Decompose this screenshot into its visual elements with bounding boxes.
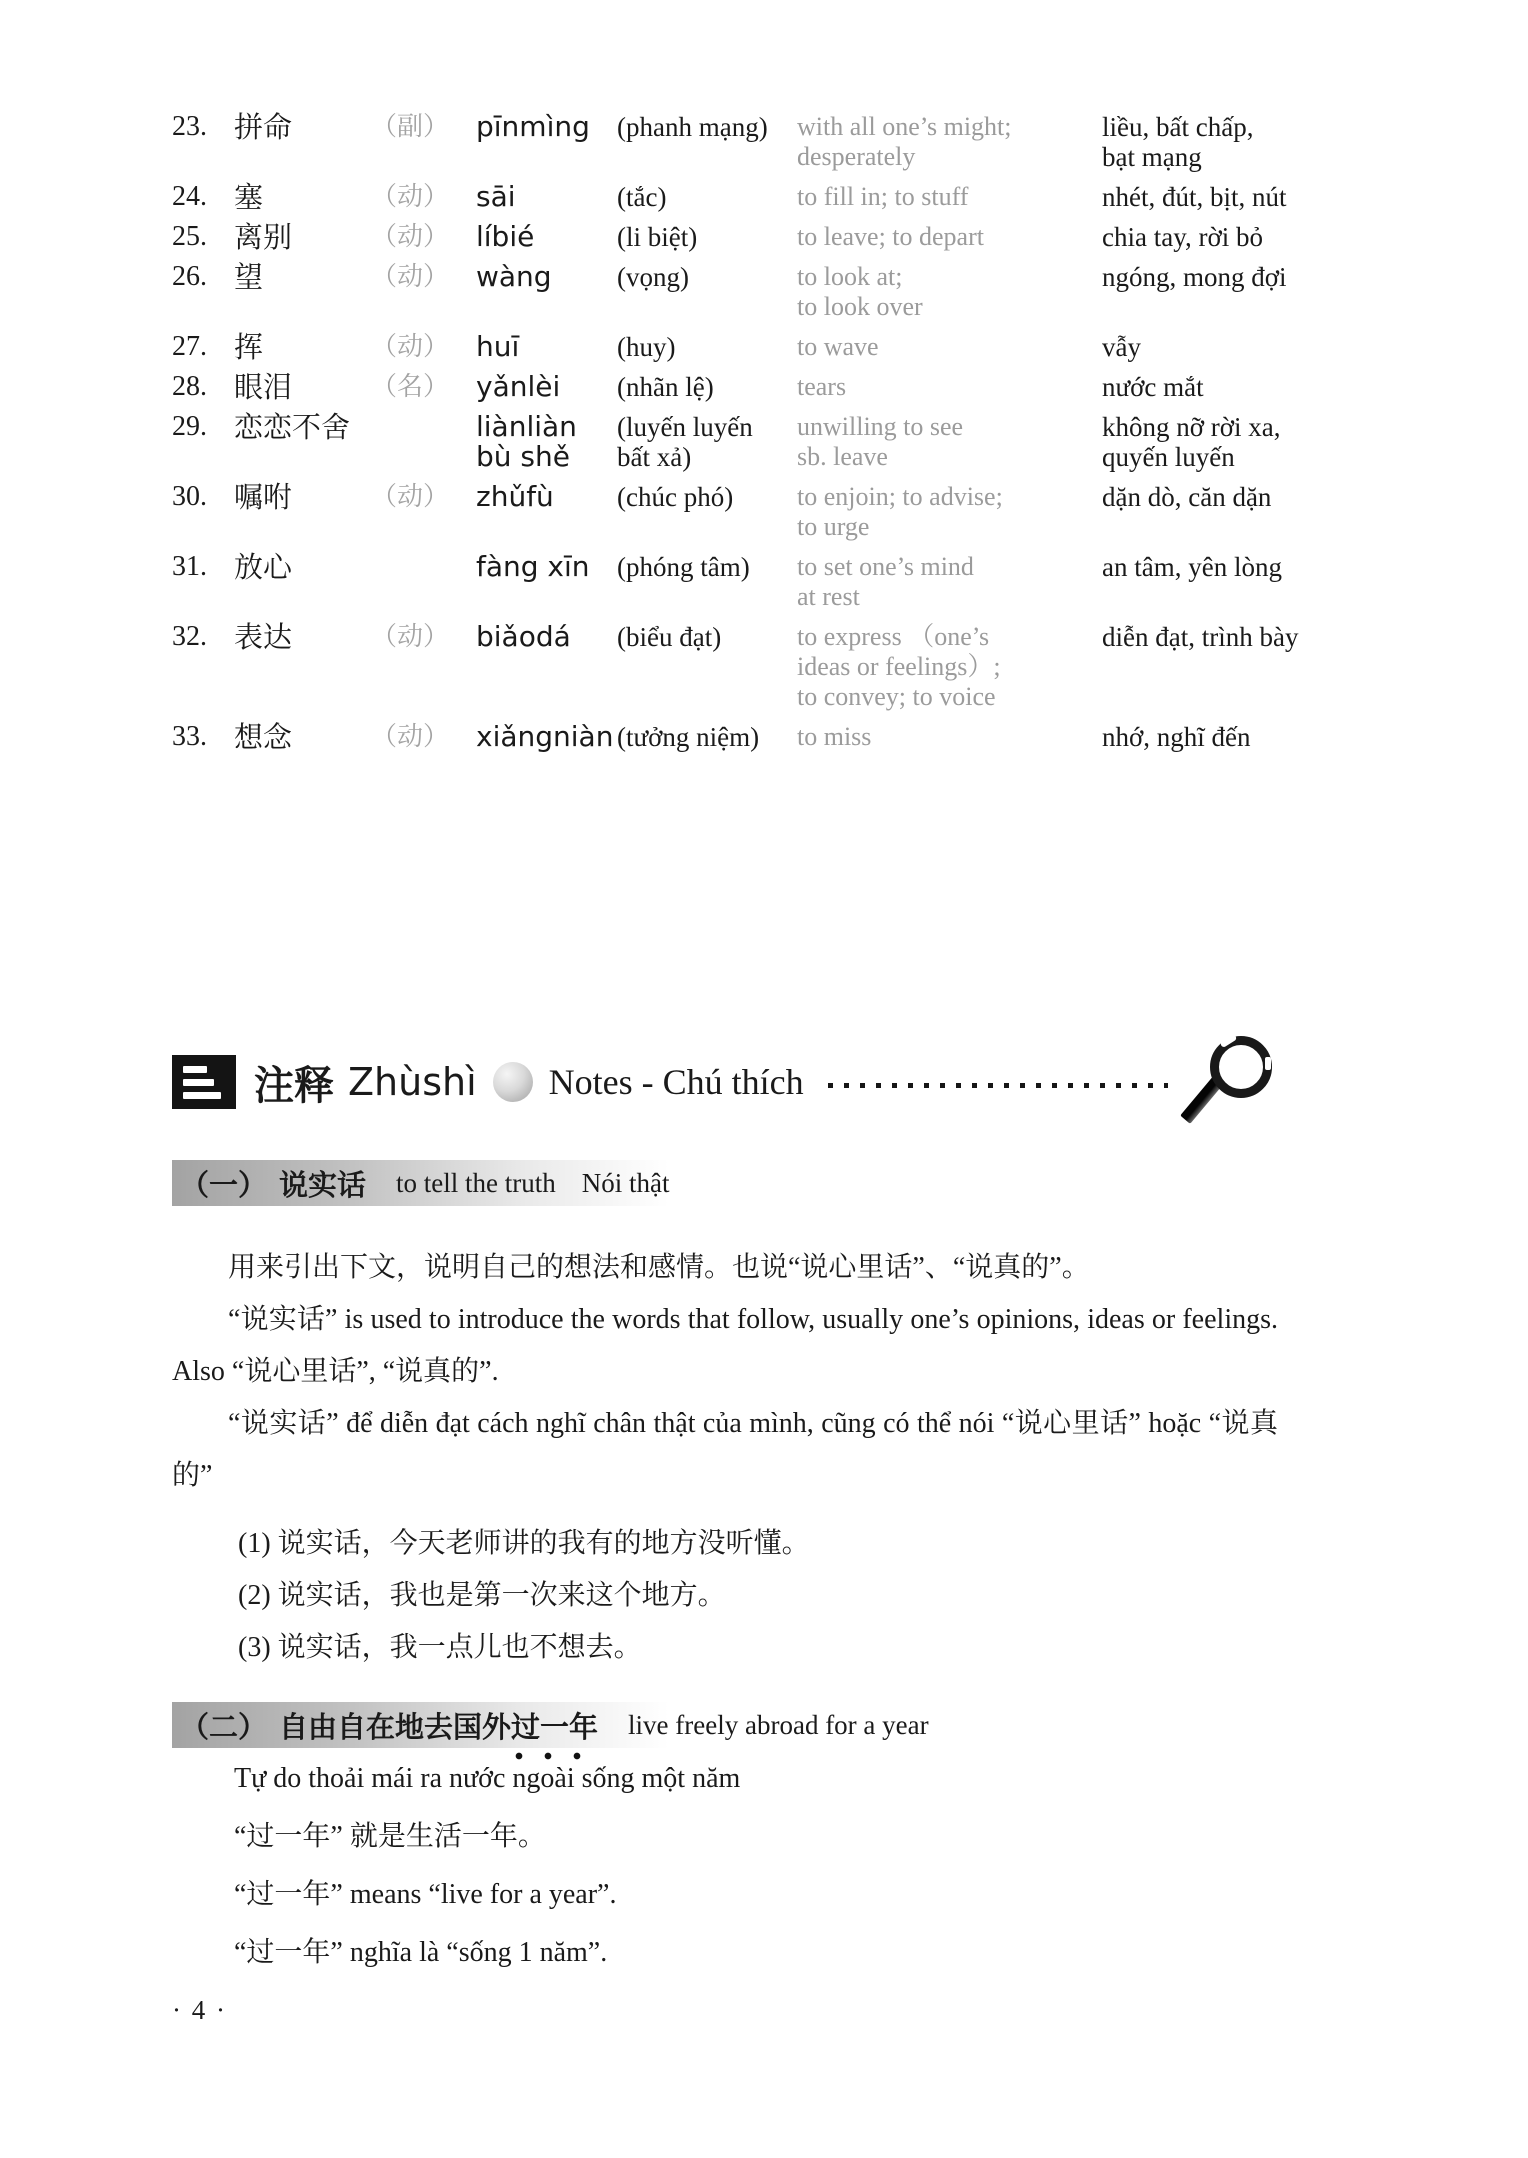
note1-examples: (1) 说实话，今天老师讲的我有的地方没听懂。(2) 说实话，我也是第一次来这个… xyxy=(172,1518,1278,1674)
vocab-num: 27. xyxy=(172,332,234,362)
vocab-line: (tưởng niệm) xyxy=(617,722,797,752)
vocab-pos xyxy=(371,552,476,582)
vocab-pinyin: huī xyxy=(476,332,617,362)
vocab-hanzi: 嘱咐 xyxy=(234,482,371,512)
vocab-line: 31. xyxy=(172,552,234,582)
vocab-row: 25.离别（动）líbié(li biệt)to leave; to depar… xyxy=(172,222,1278,252)
vocab-line: (luyến luyến xyxy=(617,412,797,442)
vocab-pos: （动） xyxy=(371,722,476,752)
vocab-num: 32. xyxy=(172,622,234,652)
vocab-pos xyxy=(371,412,476,442)
notes-title-en-viet: Notes - Chú thích xyxy=(549,1061,804,1103)
vocab-line: （动） xyxy=(371,622,476,652)
vocab-num: 25. xyxy=(172,222,234,252)
note1-header-bar: （一） 说实话 to tell the truth Nói thật xyxy=(172,1160,737,1206)
vocab-viet: nhét, đút, bịt, nút xyxy=(1102,182,1287,212)
vocab-hanzi: 想念 xyxy=(234,722,371,752)
vocab-pos: （动） xyxy=(371,332,476,362)
vocab-viet: vẫy xyxy=(1102,332,1278,362)
vocab-viet: chia tay, rời bỏ xyxy=(1102,222,1278,252)
notes-title-pinyin: Zhùshì xyxy=(348,1060,477,1104)
note1-title-en: to tell the truth xyxy=(396,1168,556,1199)
note2-line: “过一年” nghĩa là “sống 1 năm”. xyxy=(234,1936,1278,1970)
vocab-row: 29.恋恋不舍liànliànbù shě(luyến luyếnbất xả)… xyxy=(172,412,1278,472)
vocab-hanzi: 望 xyxy=(234,262,371,292)
vocab-num: 26. xyxy=(172,262,234,292)
vocab-line: 恋恋不舍 xyxy=(234,412,371,442)
vocab-viet: liều, bất chấp,bạt mạng xyxy=(1102,112,1278,172)
vocab-num: 30. xyxy=(172,482,234,512)
page-content: 23.拼命（副）pīnmìng(phanh mạng)with all one’… xyxy=(172,112,1278,1970)
vocab-pinyin: biǎodá xyxy=(476,622,617,652)
vocab-hanzi: 眼泪 xyxy=(234,372,371,402)
vocab-line: to convey; to voice xyxy=(797,682,1102,712)
vocab-line: dặn dò, căn dặn xyxy=(1102,482,1278,512)
vocab-num: 33. xyxy=(172,722,234,752)
vocab-viet-reading: (biểu đạt) xyxy=(617,622,797,652)
vocab-pinyin: yǎnlèi xyxy=(476,372,617,402)
vocab-pos: （副） xyxy=(371,112,476,142)
note1-title-viet: Nói thật xyxy=(582,1168,670,1199)
vocab-pinyin: wàng xyxy=(476,262,617,292)
vocab-line: 想念 xyxy=(234,722,371,752)
vocab-row: 24.塞（动）sāi(tắc)to fill in; to stuffnhét,… xyxy=(172,182,1278,212)
vocab-line: to set one’s mind xyxy=(797,552,1102,582)
vocab-viet: dặn dò, căn dặn xyxy=(1102,482,1278,512)
vocab-hanzi: 挥 xyxy=(234,332,371,362)
vocab-line: bất xả) xyxy=(617,442,797,472)
vocab-english: to wave xyxy=(797,332,1102,362)
vocab-line: to look at; xyxy=(797,262,1102,292)
vocab-line: 28. xyxy=(172,372,234,402)
vocab-line: yǎnlèi xyxy=(476,372,617,402)
vocab-line: (vọng) xyxy=(617,262,797,292)
dotted-leader xyxy=(828,1083,1168,1088)
vocab-line: 23. xyxy=(172,112,234,142)
example-sentence: (1) 说实话，今天老师讲的我有的地方没听懂。 xyxy=(238,1518,1278,1570)
vocab-line: (chúc phó) xyxy=(617,482,797,512)
vocab-line: 放心 xyxy=(234,552,371,582)
vocab-line: to fill in; to stuff xyxy=(797,182,1102,212)
vocab-line: 24. xyxy=(172,182,234,212)
vocab-line: sāi xyxy=(476,182,617,212)
vocab-line: at rest xyxy=(797,582,1102,612)
vocab-row: 31.放心fàng xīn(phóng tâm)to set one’s min… xyxy=(172,552,1278,612)
vocab-pos: （动） xyxy=(371,182,476,212)
vocab-line: 26. xyxy=(172,262,234,292)
vocab-viet-reading: (li biệt) xyxy=(617,222,797,252)
vocab-line: (li biệt) xyxy=(617,222,797,252)
vocab-line: to look over xyxy=(797,292,1102,322)
note2-title-zh: 自由自在地去国外过一年 xyxy=(279,1705,598,1746)
vocab-line: to urge xyxy=(797,512,1102,542)
vocab-pinyin: fàng xīn xyxy=(476,552,617,582)
vocab-viet: nước mắt xyxy=(1102,372,1278,402)
vocab-row: 30.嘱咐（动）zhǔfù(chúc phó)to enjoin; to adv… xyxy=(172,482,1278,542)
vocab-hanzi: 离别 xyxy=(234,222,371,252)
vocab-line: to leave; to depart xyxy=(797,222,1102,252)
vocab-line: （动） xyxy=(371,482,476,512)
textbook-page: 23.拼命（副）pīnmìng(phanh mạng)with all one’… xyxy=(0,0,1528,2158)
vocab-line: quyến luyến xyxy=(1102,442,1281,472)
vocab-line: nước mắt xyxy=(1102,372,1278,402)
vocab-row: 27.挥（动）huī(huy)to wavevẫy xyxy=(172,332,1278,362)
vocab-viet-reading: (vọng) xyxy=(617,262,797,292)
vocab-hanzi: 拼命 xyxy=(234,112,371,142)
vocab-hanzi: 表达 xyxy=(234,622,371,652)
notes-title-zh: 注释 xyxy=(254,1054,334,1111)
vocab-english: with all one’s might;desperately xyxy=(797,112,1102,172)
vocab-line: (nhãn lệ) xyxy=(617,372,797,402)
vocab-line: 25. xyxy=(172,222,234,252)
note2-line: “过一年” 就是生活一年。 xyxy=(234,1820,1278,1854)
note1-title-zh: 说实话 xyxy=(279,1163,366,1204)
vocab-english: to leave; to depart xyxy=(797,222,1102,252)
vocab-line: （名） xyxy=(371,372,476,402)
vocab-line: nhét, đút, bịt, nút xyxy=(1102,182,1287,212)
vocab-line: 挥 xyxy=(234,332,371,362)
vocab-pinyin: sāi xyxy=(476,182,617,212)
vocab-viet: nhớ, nghĩ đến xyxy=(1102,722,1278,752)
section-box-stroke xyxy=(183,1092,221,1099)
vocab-line: to wave xyxy=(797,332,1102,362)
vocab-english: to set one’s mindat rest xyxy=(797,552,1102,612)
vocab-pos: （动） xyxy=(371,262,476,292)
note1-paragraph: 用来引出下文，说明自己的想法和感情。也说“说心里话”、“说真的”。 xyxy=(172,1242,1278,1294)
vocab-line: pīnmìng xyxy=(476,112,617,142)
vocab-pinyin: pīnmìng xyxy=(476,112,617,142)
bullet-icon xyxy=(493,1062,533,1102)
vocab-english: unwilling to seesb. leave xyxy=(797,412,1102,472)
vocab-line: biǎodá xyxy=(476,622,617,652)
note2-number: （二） xyxy=(180,1705,267,1746)
vocab-line: （动） xyxy=(371,722,476,752)
vocab-line: (tắc) xyxy=(617,182,797,212)
vocab-line: 塞 xyxy=(234,182,371,212)
note2-lines: Tự do thoải mái ra nước ngoài sống một n… xyxy=(172,1762,1278,1970)
vocab-line: wàng xyxy=(476,262,617,292)
vocab-line: to enjoin; to advise; xyxy=(797,482,1102,512)
vocab-viet-reading: (luyến luyếnbất xả) xyxy=(617,412,797,472)
vocab-viet-reading: (phóng tâm) xyxy=(617,552,797,582)
section-box-stroke xyxy=(183,1066,207,1073)
vocab-line: (phanh mạng) xyxy=(617,112,797,142)
vocab-viet-reading: (tắc) xyxy=(617,182,797,212)
vocab-english: to enjoin; to advise;to urge xyxy=(797,482,1102,542)
vocab-pinyin: liànliànbù shě xyxy=(476,412,617,472)
vocab-english: to express （one’sideas or feelings）;to c… xyxy=(797,622,1102,712)
note2-line: “过一年” means “live for a year”. xyxy=(234,1878,1278,1912)
magnifier-ring xyxy=(1210,1036,1272,1098)
vocab-line: 离别 xyxy=(234,222,371,252)
vocab-num: 28. xyxy=(172,372,234,402)
vocab-line: 30. xyxy=(172,482,234,512)
vocab-viet: ngóng, mong đợi xyxy=(1102,262,1287,292)
vocab-line: with all one’s might; xyxy=(797,112,1102,142)
vocab-num: 29. xyxy=(172,412,234,442)
vocab-english: to fill in; to stuff xyxy=(797,182,1102,212)
vocab-line: 32. xyxy=(172,622,234,652)
vocab-line: liànliàn xyxy=(476,412,617,442)
vocab-line: 眼泪 xyxy=(234,372,371,402)
example-sentence: (2) 说实话，我也是第一次来这个地方。 xyxy=(238,1570,1278,1622)
vocab-viet: diễn đạt, trình bày xyxy=(1102,622,1298,652)
note1-number: （一） xyxy=(180,1163,267,1204)
vocab-line: 望 xyxy=(234,262,371,292)
note1-paragraph: “说实话” is used to introduce the words tha… xyxy=(172,1294,1278,1398)
vocab-line: tears xyxy=(797,372,1102,402)
note2-header-bar: （二） 自由自在地去国外过一年 live freely abroad for a… xyxy=(172,1702,737,1748)
vocab-viet-reading: (chúc phó) xyxy=(617,482,797,512)
vocab-viet-reading: (phanh mạng) xyxy=(617,112,797,142)
vocab-line: sb. leave xyxy=(797,442,1102,472)
vocab-english: tears xyxy=(797,372,1102,402)
vocab-line: chia tay, rời bỏ xyxy=(1102,222,1278,252)
vocab-hanzi: 塞 xyxy=(234,182,371,212)
vocab-line: 29. xyxy=(172,412,234,442)
vocab-pos: （名） xyxy=(371,372,476,402)
vocab-num: 24. xyxy=(172,182,234,212)
vocab-line: liều, bất chấp, xyxy=(1102,112,1278,142)
vocab-line: diễn đạt, trình bày xyxy=(1102,622,1298,652)
note1-paragraph: “说实话” để diễn đạt cách nghĩ chân thật củ… xyxy=(172,1398,1278,1502)
vocab-line: (huy) xyxy=(617,332,797,362)
vocab-line: không nỡ rời xa, xyxy=(1102,412,1281,442)
vocab-line: （动） xyxy=(371,262,476,292)
vocab-pos: （动） xyxy=(371,222,476,252)
vocab-line: （动） xyxy=(371,332,476,362)
notes-section-header: 三 注释 Zhùshì Notes - Chú thích xyxy=(172,1032,1278,1132)
vocab-line: huī xyxy=(476,332,617,362)
vocab-line: （动） xyxy=(371,182,476,212)
example-sentence: (3) 说实话，我一点儿也不想去。 xyxy=(238,1622,1278,1674)
section-box-stroke xyxy=(183,1079,214,1086)
vocab-line: ngóng, mong đợi xyxy=(1102,262,1287,292)
vocab-viet: an tâm, yên lòng xyxy=(1102,552,1282,582)
vocab-line: 表达 xyxy=(234,622,371,652)
note2-title-zh-main: 自由自在地去国外 xyxy=(279,1710,511,1744)
vocab-row: 26.望（动）wàng(vọng)to look at;to look over… xyxy=(172,262,1278,322)
vocab-row: 28.眼泪（名）yǎnlèi(nhãn lệ)tearsnước mắt xyxy=(172,372,1278,402)
vocab-line: 嘱咐 xyxy=(234,482,371,512)
vocab-num: 23. xyxy=(172,112,234,142)
vocab-line: nhớ, nghĩ đến xyxy=(1102,722,1278,752)
vocab-pos: （动） xyxy=(371,622,476,652)
vocab-english: to miss xyxy=(797,722,1102,752)
vocab-line: zhǔfù xyxy=(476,482,617,512)
note2-line: Tự do thoải mái ra nước ngoài sống một n… xyxy=(234,1762,1278,1796)
vocab-line: bù shě xyxy=(476,442,617,472)
vocab-english: to look at;to look over xyxy=(797,262,1102,322)
vocab-line: unwilling to see xyxy=(797,412,1102,442)
vocab-line: bạt mạng xyxy=(1102,142,1278,172)
vocab-hanzi: 恋恋不舍 xyxy=(234,412,371,442)
vocab-viet-reading: (nhãn lệ) xyxy=(617,372,797,402)
vocab-line: líbié xyxy=(476,222,617,252)
vocab-table: 23.拼命（副）pīnmìng(phanh mạng)with all one’… xyxy=(172,112,1278,752)
vocab-line: fàng xīn xyxy=(476,552,617,582)
vocab-line: to miss xyxy=(797,722,1102,752)
vocab-line: （动） xyxy=(371,222,476,252)
magnifier-icon xyxy=(1188,1032,1278,1132)
vocab-viet-reading: (huy) xyxy=(617,332,797,362)
vocab-line: desperately xyxy=(797,142,1102,172)
vocab-line: 27. xyxy=(172,332,234,362)
vocab-viet-reading: (tưởng niệm) xyxy=(617,722,797,752)
note2-title-zh-emphasized: 过一年 xyxy=(511,1710,598,1744)
note2-title-en: live freely abroad for a year xyxy=(628,1710,929,1741)
vocab-hanzi: 放心 xyxy=(234,552,371,582)
vocab-line: an tâm, yên lòng xyxy=(1102,552,1282,582)
page-number: · 4 · xyxy=(172,1995,227,2026)
vocab-line: （副） xyxy=(371,112,476,142)
vocab-num: 31. xyxy=(172,552,234,582)
vocab-line: vẫy xyxy=(1102,332,1278,362)
vocab-line: (phóng tâm) xyxy=(617,552,797,582)
vocab-line: to express （one’s xyxy=(797,622,1102,652)
vocab-line: xiǎngniàn xyxy=(476,722,617,752)
vocab-viet: không nỡ rời xa,quyến luyến xyxy=(1102,412,1281,472)
vocab-row: 32.表达（动）biǎodá(biểu đạt)to express （one’… xyxy=(172,622,1278,712)
vocab-line: (biểu đạt) xyxy=(617,622,797,652)
vocab-line: ideas or feelings）; xyxy=(797,652,1102,682)
vocab-line: 33. xyxy=(172,722,234,752)
section-number-box: 三 xyxy=(172,1055,236,1109)
vocab-row: 33.想念（动）xiǎngniàn(tưởng niệm)to missnhớ,… xyxy=(172,722,1278,752)
vocab-pinyin: líbié xyxy=(476,222,617,252)
vocab-line: 拼命 xyxy=(234,112,371,142)
vocab-pos: （动） xyxy=(371,482,476,512)
vocab-pinyin: zhǔfù xyxy=(476,482,617,512)
vocab-pinyin: xiǎngniàn xyxy=(476,722,617,752)
vocab-row: 23.拼命（副）pīnmìng(phanh mạng)with all one’… xyxy=(172,112,1278,172)
